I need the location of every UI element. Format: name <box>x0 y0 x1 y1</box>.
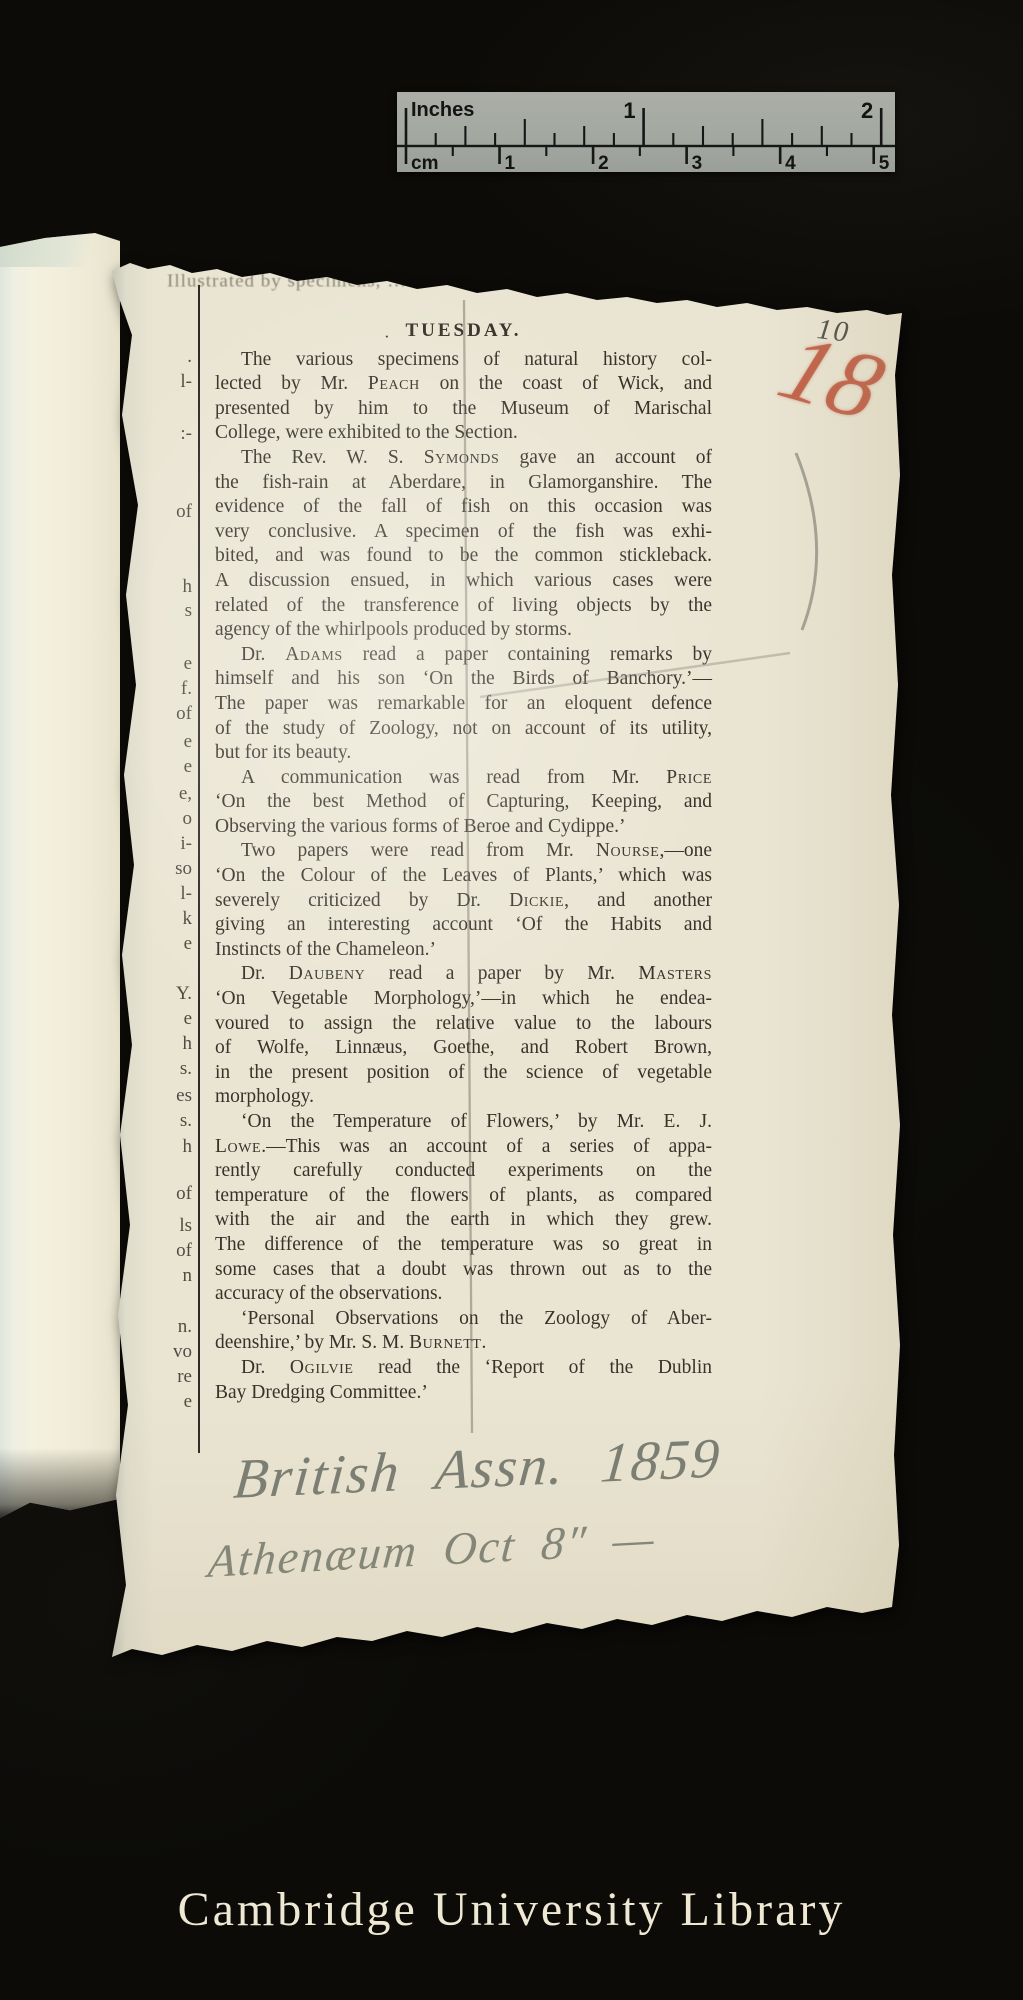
margin-fragment: ls <box>158 1216 192 1235</box>
margin-fragment: h <box>158 1137 192 1156</box>
column-rule <box>198 285 200 1453</box>
clipping-text-line: but for its beauty. <box>215 741 712 766</box>
clipping-text-line: A discussion ensued, in which various ca… <box>215 569 712 594</box>
clipping-text-line: agency of the whirlpools produced by sto… <box>215 618 712 643</box>
clipping-text-line: Lowe.—This was an account of a series of… <box>215 1135 712 1160</box>
clipping-text-line: related of the transference of living ob… <box>215 594 712 619</box>
clipping-text-line: Dr. Adams read a paper containing remark… <box>215 643 712 668</box>
margin-fragment: s. <box>158 1059 192 1078</box>
clipping-text-line: some cases that a doubt was thrown out a… <box>215 1258 712 1283</box>
margin-fragment: e <box>158 1392 192 1411</box>
clipping-text-line: temperature of the flowers of plants, as… <box>215 1184 712 1209</box>
svg-text:2: 2 <box>861 98 873 123</box>
newspaper-clipping: Illustrated by specimens, … .l-:-ofhsef.… <box>112 255 902 1660</box>
clipping-text-line: A communication was read from Mr. Price <box>215 766 712 791</box>
svg-text:cm: cm <box>411 153 438 172</box>
margin-fragment: i- <box>158 834 192 853</box>
newspaper-clipping-wrapper: Illustrated by specimens, … .l-:-ofhsef.… <box>112 255 902 1660</box>
clipping-heading: TUESDAY. <box>215 319 712 344</box>
margin-fragment: f. <box>158 679 192 698</box>
clipping-text-line: Instincts of the Chameleon.’ <box>215 938 712 963</box>
clipping-text-line: The Rev. W. S. Symonds gave an account o… <box>215 446 712 471</box>
handwritten-source-note: British Assn. 1859 <box>231 1426 724 1512</box>
text-column: TUESDAY. The various specimens of natura… <box>215 319 712 1405</box>
margin-fragment: n <box>158 1266 192 1285</box>
margin-fragment: s <box>158 601 192 620</box>
clipping-text-line: lected by Mr. Peach on the coast of Wick… <box>215 372 712 397</box>
margin-fragment: k <box>158 909 192 928</box>
margin-fragment: so <box>158 859 192 878</box>
clipping-text-line: presented by him to the Museum of Marisc… <box>215 397 712 422</box>
clipping-text-line: of the study of Zoology, not on account … <box>215 717 712 742</box>
margin-fragment: o <box>158 809 192 828</box>
margin-fragment: Y. <box>158 984 192 1003</box>
clipping-text-line: of Wolfe, Linnæus, Goethe, and Robert Br… <box>215 1036 712 1061</box>
clipping-text-line: in the present position of the science o… <box>215 1061 712 1086</box>
clipping-text-line: giving an interesting account ‘Of the Ha… <box>215 913 712 938</box>
margin-fragment: l- <box>158 884 192 903</box>
clipping-text-line: ‘Personal Observations on the Zoology of… <box>215 1307 712 1332</box>
margin-fragment: of <box>158 1184 192 1203</box>
margin-fragment: n. <box>158 1317 192 1336</box>
svg-text:3: 3 <box>692 153 703 172</box>
library-credit: Cambridge University Library <box>0 1882 1023 1937</box>
clipping-text-line: deenshire,’ by Mr. S. M. Burnett. <box>215 1331 712 1356</box>
clipping-text-line: with the air and the earth in which they… <box>215 1208 712 1233</box>
torn-top-text-fragment: Illustrated by specimens, … <box>167 272 687 292</box>
ruler-scale-graphic: Inches12cm12345 <box>397 92 895 172</box>
svg-text:2: 2 <box>598 153 609 172</box>
handwritten-date-note: Athenæum Oct 8″ — <box>206 1511 658 1588</box>
clipping-text-line: ‘On the best Method of Capturing, Keepin… <box>215 790 712 815</box>
margin-fragment: of <box>158 1241 192 1260</box>
clipping-text-line: accuracy of the observations. <box>215 1282 712 1307</box>
clipping-text-line: ‘On the Temperature of Flowers,’ by Mr. … <box>215 1110 712 1135</box>
clipping-text-line: Bay Dredging Committee.’ <box>215 1381 712 1406</box>
margin-fragment: l- <box>158 372 192 391</box>
clipping-text-line: rently carefully conducted experiments o… <box>215 1159 712 1184</box>
margin-fragment: of <box>158 704 192 723</box>
svg-text:Inches: Inches <box>411 99 474 121</box>
clipping-text-line: bited, and was found to be the common st… <box>215 544 712 569</box>
margin-fragment: e, <box>158 784 192 803</box>
margin-fragment: h <box>158 1034 192 1053</box>
margin-fragment: es <box>158 1086 192 1105</box>
margin-fragment: of <box>158 502 192 521</box>
clipping-text-line: morphology. <box>215 1085 712 1110</box>
margin-fragment: h <box>158 577 192 596</box>
clipping-text-line: voured to assign the relative value to t… <box>215 1012 712 1037</box>
margin-fragment: vo <box>158 1342 192 1361</box>
clipping-text-line: ‘On Vegetable Morphology,’—in which he e… <box>215 987 712 1012</box>
album-page-edge <box>0 233 120 1518</box>
red-crayon-number: 18 <box>768 319 896 435</box>
clipping-text-line: The difference of the temperature was so… <box>215 1233 712 1258</box>
clipping-text-line: Dr. Ogilvie read the ‘Report of the Dubl… <box>215 1356 712 1381</box>
clipping-text-line: Two papers were read from Mr. Nourse,—on… <box>215 839 712 864</box>
margin-fragment: e <box>158 654 192 673</box>
svg-text:5: 5 <box>879 153 890 172</box>
margin-fragment: e <box>158 934 192 953</box>
album-page-fold <box>0 233 90 267</box>
clipping-text-line: severely criticized by Dr. Dickie, and a… <box>215 889 712 914</box>
clipping-text-line: Dr. Daubeny read a paper by Mr. Masters <box>215 962 712 987</box>
measuring-ruler: Inches12cm12345 <box>397 92 895 172</box>
clipping-text-line: The various specimens of natural history… <box>215 348 712 373</box>
svg-text:1: 1 <box>623 98 635 123</box>
clipping-text-line: himself and his son ‘On the Birds of Ban… <box>215 667 712 692</box>
svg-text:4: 4 <box>785 153 796 172</box>
margin-fragment: e <box>158 1009 192 1028</box>
clipping-text-line: evidence of the fall of fish on this occ… <box>215 495 712 520</box>
margin-fragment: . <box>158 347 192 366</box>
margin-fragment: :- <box>158 424 192 443</box>
margin-fragment: e <box>158 732 192 751</box>
clipping-text-line: the fish-rain at Aberdare, in Glamorgans… <box>215 471 712 496</box>
margin-fragment: re <box>158 1367 192 1386</box>
clipping-text-line: The paper was remarkable for an eloquent… <box>215 692 712 717</box>
margin-fragment: s. <box>158 1111 192 1130</box>
margin-fragment: e <box>158 757 192 776</box>
svg-text:1: 1 <box>505 153 516 172</box>
clipping-text-line: College, were exhibited to the Section. <box>215 421 712 446</box>
clipping-text-line: Observing the various forms of Beroe and… <box>215 815 712 840</box>
clipping-text-line: very conclusive. A specimen of the fish … <box>215 520 712 545</box>
clipping-text-line: ‘On the Colour of the Leaves of Plants,’… <box>215 864 712 889</box>
album-page-shadow <box>0 1448 120 1518</box>
photograph-stage: Inches12cm12345 Illustrated by specimens… <box>0 0 1023 2000</box>
